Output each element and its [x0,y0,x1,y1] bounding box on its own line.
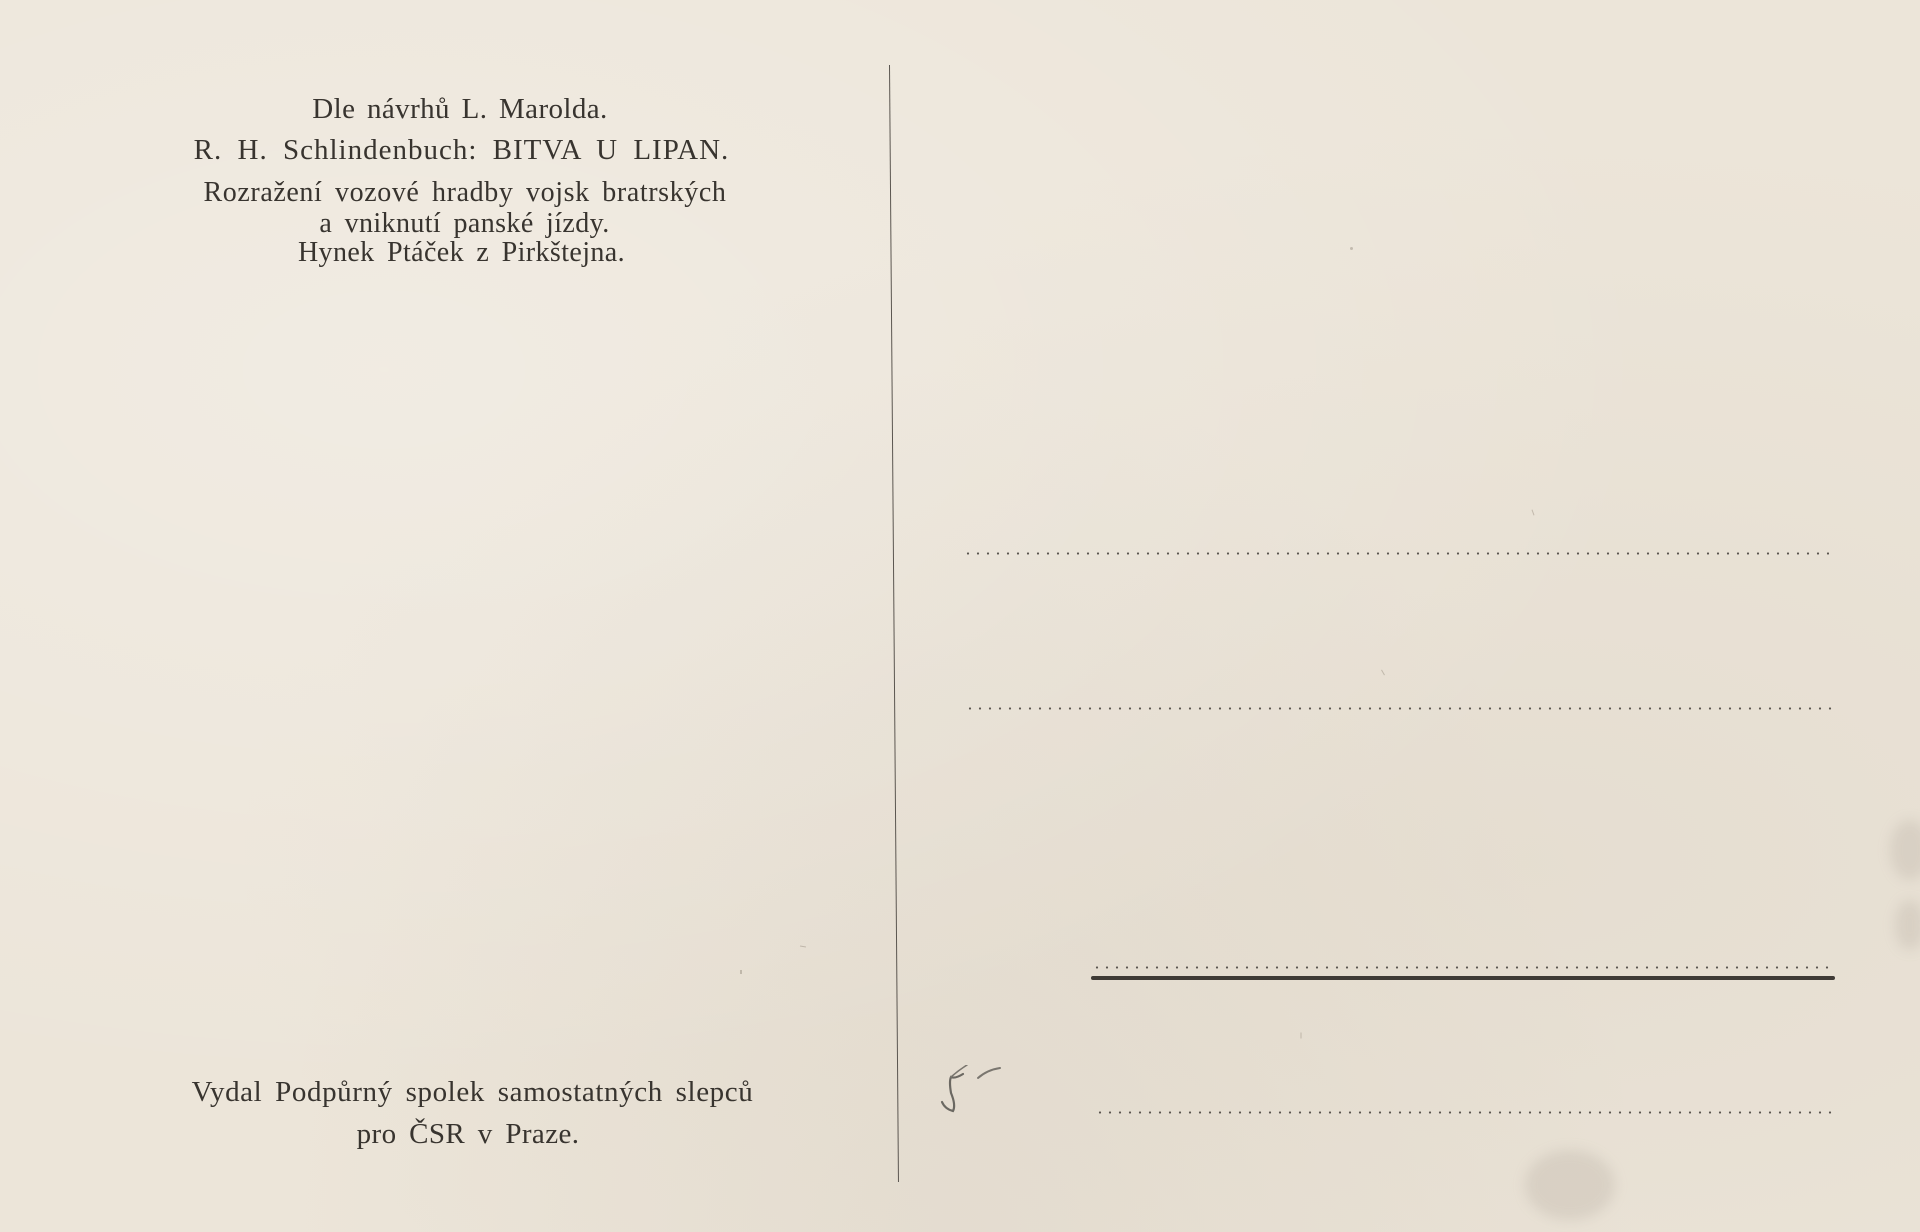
paper-fleck [1301,1033,1302,1039]
address-line-2 [965,707,1837,710]
center-divider-line [889,65,899,1182]
caption-description-line-1: Rozražení vozové hradby vojsk bratrských [147,179,783,207]
paper-fleck [1381,670,1385,676]
address-line-1 [963,552,1829,555]
paper-fleck [740,970,742,974]
paper-fleck [1532,510,1535,516]
caption-description-line-2: a vniknutí panské jízdy. [284,210,645,238]
paper-fleck [800,945,806,947]
caption-design-credit: Dle návrhů L. Marolda. [277,95,643,124]
postcard-back: Dle návrhů L. Marolda. R. H. Schlindenbu… [0,0,1920,1232]
address-line-4 [1095,1111,1835,1114]
publisher-line-2: pro ČSR v Praze. [338,1120,598,1149]
paper-stain [1895,900,1920,950]
address-underline [1091,976,1835,980]
caption-figure-name: Hynek Ptáček z Pirkštejna. [258,239,665,267]
paper-stain [1890,820,1920,880]
paper-fleck [1350,247,1353,250]
handwritten-pencil-mark [925,1065,1015,1135]
address-line-3 [1092,966,1835,969]
paper-stain [1525,1150,1615,1220]
publisher-line-1: Vydal Podpůrný spolek samostatných slepc… [138,1078,807,1107]
caption-title: R. H. Schlindenbuch: BITVA U LIPAN. [141,136,782,165]
